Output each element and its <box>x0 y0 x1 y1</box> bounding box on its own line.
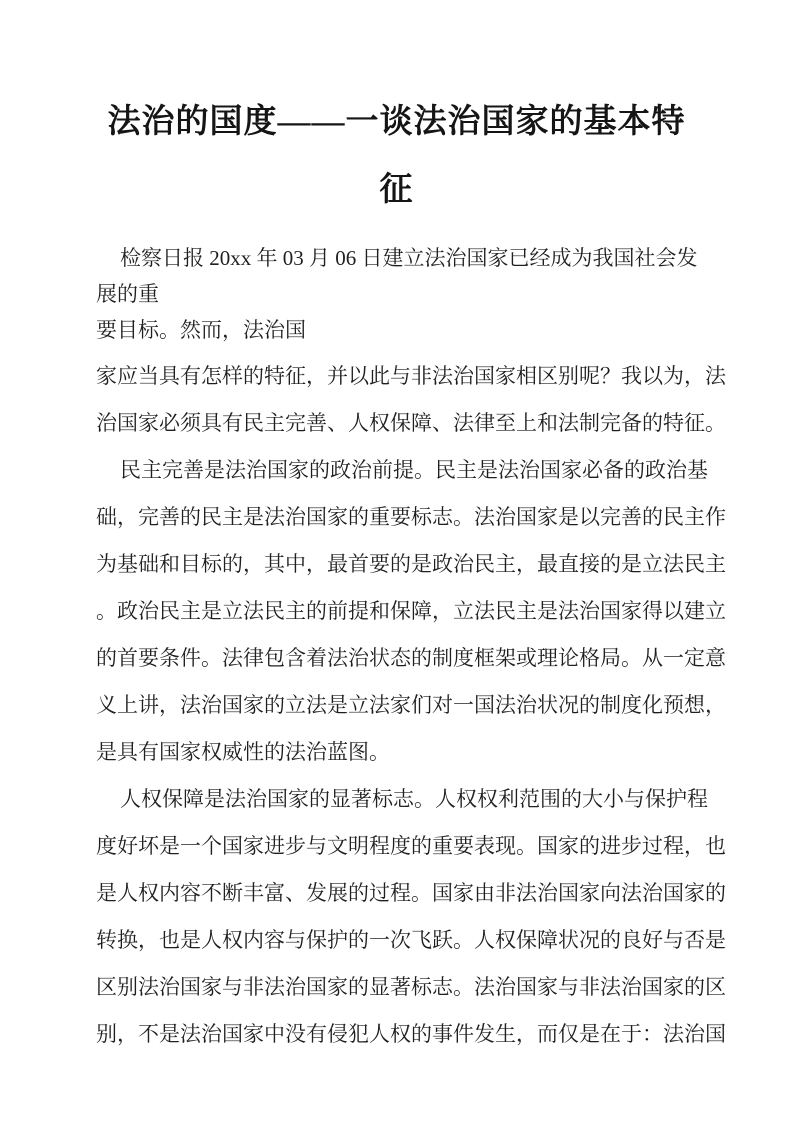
body-line: 人权保障是法治国家的显著标志。人权权利范围的大小与保护程 <box>96 776 704 823</box>
document-title-line-2: 征 <box>0 156 793 224</box>
body-line: 度好坏是一个国家进步与文明程度的重要表现。国家的进步过程，也 <box>96 823 704 870</box>
paragraph-first: 检察日报 20xx 年 03 月 06 日建立法治国家已经成为我国社会发展的重 … <box>96 240 704 348</box>
body-line: 要目标。然而，法治国 <box>96 312 704 348</box>
body-line: 是人权内容不断丰富、发展的过程。国家由非法治国家向法治国家的 <box>96 870 704 917</box>
body-line: 家应当具有怎样的特征，并以此与非法治国家相区别呢？我以为，法 <box>96 353 704 400</box>
body-line: 区别法治国家与非法治国家的显著标志。法治国家与非法治国家的区 <box>96 964 704 1011</box>
body-line: 检察日报 20xx 年 03 月 06 日建立法治国家已经成为我国社会发展的重 <box>96 240 704 312</box>
document-title: 法治的国度——一谈法治国家的基本特 征 <box>0 0 793 224</box>
body-line: 的首要条件。法律包含着法治状态的制度框架或理论格局。从一定意 <box>96 635 704 682</box>
body-line: 为基础和目标的，其中，最首要的是政治民主，最直接的是立法民主 <box>96 541 704 588</box>
body-line: 治国家必须具有民主完善、人权保障、法律至上和法制完备的特征。 <box>96 400 704 447</box>
body-line: 是具有国家权威性的法治蓝图。 <box>96 729 704 776</box>
body-line: 别，不是法治国家中没有侵犯人权的事件发生，而仅是在于：法治国 <box>96 1011 704 1058</box>
document-body: 检察日报 20xx 年 03 月 06 日建立法治国家已经成为我国社会发展的重 … <box>96 240 704 1058</box>
document-page: 法治的国度——一谈法治国家的基本特 征 检察日报 20xx 年 03 月 06 … <box>0 0 793 1122</box>
body-line: 础，完善的民主是法治国家的重要标志。法治国家是以完善的民主作 <box>96 494 704 541</box>
document-title-line-1: 法治的国度——一谈法治国家的基本特 <box>0 88 793 156</box>
body-line: 义上讲，法治国家的立法是立法家们对一国法治状况的制度化预想， <box>96 682 704 729</box>
body-line: 民主完善是法治国家的政治前提。民主是法治国家必备的政治基 <box>96 447 704 494</box>
body-line: 。政治民主是立法民主的前提和保障，立法民主是法治国家得以建立 <box>96 588 704 635</box>
body-line: 转换，也是人权内容与保护的一次飞跃。人权保障状况的良好与否是 <box>96 917 704 964</box>
